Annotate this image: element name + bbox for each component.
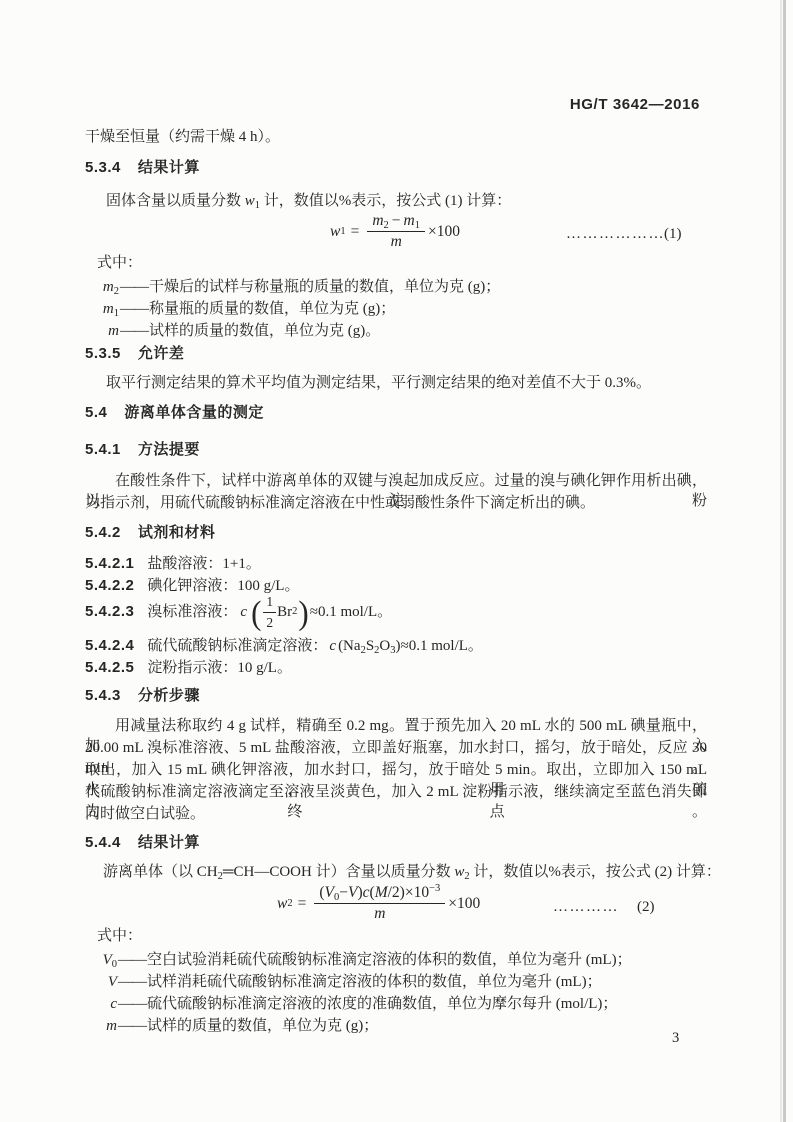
- def-text: 硫代硫酸钠标准滴定溶液的浓度的准确数值，单位为摩尔每升 (mol/L)；: [147, 996, 617, 1012]
- continuation-line: 干燥至恒量（约需干燥 4 h）。: [85, 127, 280, 147]
- text-run: 计，数值以%表示，按公式 (1) 计算：: [260, 193, 511, 209]
- fraction: m2−m1 m: [367, 212, 425, 251]
- clause-text: 硫代硫酸钠标准滴定溶液：: [147, 638, 327, 654]
- para-tolerance: 取平行测定结果的算术平均值为测定结果，平行测定结果的绝对差值不大于 0.3%。: [106, 373, 651, 393]
- definition-m1: m1——称量瓶的质量的数值，单位为克 (g)；: [93, 297, 395, 318]
- standard-number-header: HG/T 3642—2016: [0, 96, 700, 113]
- fraction-half: 12: [263, 592, 276, 633]
- where-label-1: 式中：: [97, 253, 142, 273]
- scan-edge-shadow: [780, 0, 782, 1122]
- def-dash: ——: [120, 301, 148, 317]
- heading-5-3-5: 5.3.5允许差: [85, 344, 184, 364]
- term-symbol: c: [110, 996, 117, 1012]
- clause-number: 5.4.2: [85, 524, 121, 541]
- text-run: 固体含量以质量分数: [106, 193, 245, 209]
- text-run: 计，数值以%表示，按公式 (2) 计算：: [470, 864, 721, 880]
- variable-w1: w: [245, 193, 255, 209]
- clause-title: 分析步骤: [138, 687, 200, 704]
- clause-number: 5.4.2.2: [85, 577, 134, 594]
- formula-lhs: w: [330, 223, 340, 241]
- heading-5-4-2: 5.4.2试剂和材料: [85, 523, 215, 543]
- heading-5-4-4: 5.4.4结果计算: [85, 833, 200, 853]
- fraction-denominator: 2: [263, 613, 276, 633]
- clause-number: 5.4.2.3: [85, 602, 134, 622]
- def-term: m: [93, 323, 119, 340]
- clause-number: 5.4.2.5: [85, 659, 134, 676]
- def-text: 试样消耗硫代硫酸钠标准滴定溶液的体积的数值，单位为毫升 (mL)；: [147, 974, 602, 990]
- fraction-numerator: 1: [263, 592, 276, 613]
- scanned-standard-page: HG/T 3642—2016 干燥至恒量（约需干燥 4 h）。 5.3.4结果计…: [0, 0, 793, 1122]
- term-sub: 1: [114, 308, 119, 319]
- variable-V0: V: [325, 884, 334, 901]
- clause-title: 允许差: [138, 345, 185, 362]
- heading-5-3-4: 5.3.4结果计算: [85, 158, 200, 178]
- text-run: /2)×10: [388, 884, 429, 901]
- def-dash: ——: [120, 323, 148, 339]
- definition-m: m——试样的质量的数值，单位为克 (g)；: [91, 1014, 378, 1035]
- page-number: 3: [672, 1030, 679, 1047]
- variable-m1-sub: 1: [415, 220, 420, 231]
- formula-1: w1 = m2−m1 m ×100: [330, 212, 460, 251]
- def-dash: ——: [120, 279, 148, 295]
- definition-m: m——试样的质量的数值，单位为克 (g)。: [93, 319, 380, 340]
- big-paren-close: ): [298, 595, 308, 628]
- term-symbol: m: [103, 279, 114, 295]
- heading-5-4: 5.4游离单体含量的测定: [85, 403, 264, 423]
- formula-1-number: (1): [664, 224, 682, 244]
- clause-text: ≈0.1 mol/L。: [401, 638, 483, 654]
- acrylic-acid-formula: ═CH—COOH: [223, 864, 312, 880]
- formula-2-number: (2): [637, 897, 655, 917]
- def-term: V: [91, 974, 117, 991]
- formula-lhs: w: [277, 895, 287, 913]
- equals-sign: =: [351, 223, 360, 241]
- clause-5-4-2-3: 5.4.2.3 溴标准溶液： c ( 12 Br2 ) ≈0.1 mol/L。: [85, 594, 392, 630]
- fraction-numerator: m2−m1: [367, 212, 425, 232]
- scan-edge-line: [783, 0, 786, 1122]
- clause-text: 盐酸溶液：1+1。: [147, 556, 260, 572]
- def-text: 干燥后的试样与称量瓶的质量的数值，单位为克 (g)；: [149, 279, 500, 295]
- times-100: ×100: [428, 223, 460, 241]
- term-symbol: m: [103, 301, 114, 317]
- variable-m2: m: [372, 212, 383, 229]
- term-sub: 2: [114, 286, 119, 297]
- def-text: 称量瓶的质量的数值，单位为克 (g)；: [149, 301, 395, 317]
- clause-title: 结果计算: [138, 834, 200, 851]
- thiosulfate-formula: (Na: [338, 638, 361, 654]
- para-solid-content-intro: 固体含量以质量分数 w1 计，数值以%表示，按公式 (1) 计算：: [106, 191, 511, 211]
- text-run: 计）含量以质量分数: [312, 864, 455, 880]
- variable-M: M: [375, 884, 388, 901]
- big-paren-open: (: [251, 595, 261, 628]
- definition-m2: m2——干燥后的试样与称量瓶的质量的数值，单位为克 (g)；: [93, 275, 500, 296]
- term-symbol: V: [103, 952, 112, 968]
- acrylic-acid-formula: CH: [197, 864, 218, 880]
- clause-number: 5.3.4: [85, 159, 121, 176]
- clause-text: 淀粉指示液：10 g/L。: [147, 660, 292, 676]
- equals-sign: =: [298, 895, 307, 913]
- thiosulfate-formula: O: [379, 638, 390, 654]
- clause-number: 5.4.4: [85, 834, 121, 851]
- definition-V: V——试样消耗硫代硫酸钠标准滴定溶液的体积的数值，单位为毫升 (mL)；: [91, 970, 602, 991]
- clause-number: 5.4: [85, 404, 107, 421]
- term-symbol: m: [108, 323, 119, 339]
- def-dash: ——: [118, 974, 146, 990]
- definition-c: c——硫代硫酸钠标准滴定溶液的浓度的准确数值，单位为摩尔每升 (mol/L)；: [91, 992, 617, 1013]
- def-term: c: [91, 996, 117, 1013]
- def-dash: ——: [118, 996, 146, 1012]
- variable-m: m: [374, 905, 385, 922]
- concentration-c: c: [329, 638, 336, 654]
- formula-2-leader-dots: …………: [553, 897, 619, 917]
- formula-2: w2 = (V0−V)c(M/2)×10−3 m ×100: [277, 884, 480, 923]
- minus-sign: −: [392, 212, 401, 229]
- clause-number: 5.4.1: [85, 441, 121, 458]
- clause-number: 5.4.2.4: [85, 637, 134, 654]
- thiosulfate-formula: S: [366, 638, 374, 654]
- clause-title: 方法提要: [138, 441, 200, 458]
- clause-text: 溴标准溶液：: [147, 602, 237, 622]
- para-free-monomer-intro: 游离单体（以 CH2═CH—COOH 计）含量以质量分数 w2 计，数值以%表示…: [103, 862, 721, 882]
- clause-text: 碘化钾溶液：100 g/L。: [147, 578, 299, 594]
- clause-5-4-2-4: 5.4.2.4硫代硫酸钠标准滴定溶液：c(Na2S2O3)≈0.1 mol/L。: [85, 636, 483, 656]
- def-term: m2: [93, 279, 119, 296]
- clause-title: 试剂和材料: [138, 524, 216, 541]
- variable-m2-sub: 2: [384, 220, 389, 231]
- term-sub: 0: [112, 959, 117, 970]
- where-label-2: 式中：: [97, 926, 142, 946]
- times-100: ×100: [448, 895, 480, 913]
- bromine-formula: Br: [277, 602, 292, 622]
- clause-number: 5.4.3: [85, 687, 121, 704]
- variable-c: c: [363, 884, 370, 901]
- definition-V0: V0——空白试验消耗硫代硫酸钠标准滴定溶液的体积的数值，单位为毫升 (mL)；: [91, 948, 632, 969]
- clause-number: 5.4.2.1: [85, 555, 134, 572]
- para-method-line-2: 为指示剂，用硫代硫酸钠标准滴定溶液在中性或弱酸性条件下滴定析出的碘。: [85, 493, 595, 513]
- clause-title: 游离单体含量的测定: [124, 404, 264, 421]
- clause-title: 结果计算: [138, 159, 200, 176]
- def-text: 空白试验消耗硫代硫酸钠标准滴定溶液的体积的数值，单位为毫升 (mL)；: [147, 952, 632, 968]
- text-run: 游离单体（以: [103, 864, 197, 880]
- clause-5-4-2-1: 5.4.2.1盐酸溶液：1+1。: [85, 554, 261, 574]
- clause-text: ≈0.1 mol/L。: [310, 602, 392, 622]
- variable-m: m: [391, 233, 402, 250]
- para-procedure-line-5: 同时做空白试验。: [85, 804, 205, 824]
- def-text: 试样的质量的数值，单位为克 (g)。: [149, 323, 380, 339]
- term-symbol: V: [108, 974, 117, 990]
- fraction-denominator: m: [367, 232, 425, 251]
- fraction-numerator: (V0−V)c(M/2)×10−3: [314, 884, 445, 904]
- def-term: V0: [91, 952, 117, 969]
- def-dash: ——: [118, 1018, 146, 1034]
- heading-5-4-3: 5.4.3分析步骤: [85, 686, 200, 706]
- heading-5-4-1: 5.4.1方法提要: [85, 440, 200, 460]
- def-term: m1: [93, 301, 119, 318]
- fraction-denominator: m: [314, 904, 445, 923]
- concentration-c: c: [240, 602, 247, 622]
- variable-m1: m: [404, 212, 415, 229]
- def-term: m: [91, 1018, 117, 1035]
- formula-1-leader-dots: ………………: [566, 224, 665, 244]
- def-text: 试样的质量的数值，单位为克 (g)；: [147, 1018, 378, 1034]
- term-symbol: m: [106, 1018, 117, 1034]
- clause-number: 5.3.5: [85, 345, 121, 362]
- exponent: −3: [429, 883, 440, 894]
- def-dash: ——: [118, 952, 146, 968]
- clause-5-4-2-5: 5.4.2.5淀粉指示液：10 g/L。: [85, 658, 292, 678]
- fraction: (V0−V)c(M/2)×10−3 m: [314, 884, 445, 923]
- minus-sign: −: [339, 884, 348, 901]
- variable-w2: w: [454, 864, 464, 880]
